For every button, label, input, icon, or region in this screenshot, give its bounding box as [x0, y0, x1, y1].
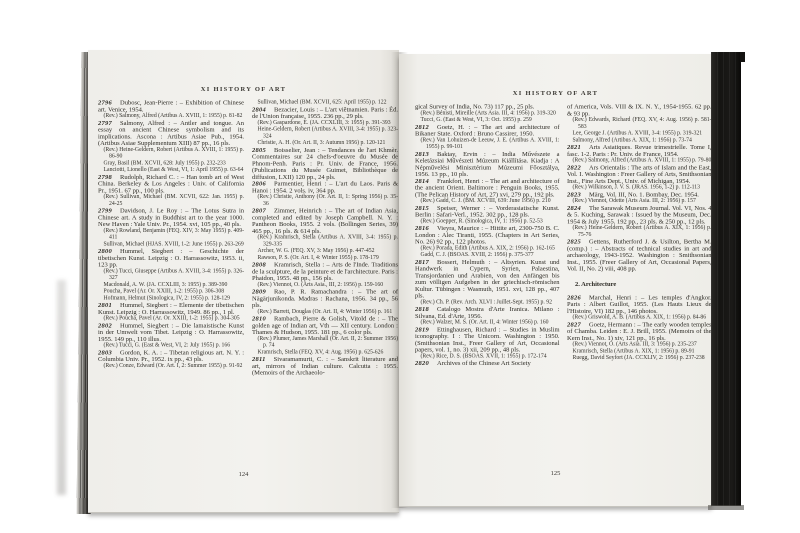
entry-number: 2809	[252, 288, 266, 296]
right-page-column-2: of America, Vols. VIII & IX. N. Y., 1954…	[567, 103, 712, 361]
bib-entry: 2817Bossert, Helmuth : – Altsyrien. Kuns…	[415, 258, 560, 299]
bib-entry: 2798Rudolph, Richard C. : – Han tomb art…	[98, 173, 244, 193]
entry-number: 2806	[252, 180, 266, 188]
entry-number: 2797	[98, 119, 112, 127]
entry-number: 2814	[415, 177, 429, 185]
entry-continuation: of America, Vols. VIII & IX. N. Y., 1954…	[567, 103, 712, 117]
bib-entry: 2807Zimmer, Heinrich : – The art of Indi…	[252, 207, 398, 234]
section-heading: 2. Architecture	[575, 280, 712, 288]
bib-entry: 2815Speiser, Werner : – Vorderasiatische…	[415, 204, 560, 218]
entry-number: 2824	[567, 204, 581, 212]
bib-entry: 2802Hummel, Siegbert : – Die lamaistisch…	[98, 322, 244, 342]
bib-entry: 2808Kramrisch, Stella : – Arts de l'Inde…	[252, 261, 398, 281]
entry-number: 2811	[252, 355, 266, 363]
bib-entry: 2800Hummel, Siegbert : – Geschichte der …	[98, 248, 244, 268]
entry-continuation: gical Survey of India, No. 73) 117 pp., …	[415, 103, 560, 110]
left-page-column-2-frame: Sullivan, Michael (BM. XCVII, 625: April…	[252, 99, 398, 481]
bib-entry: 2799Davidson, J. Le Roy : – The Lotus Su…	[98, 207, 244, 227]
entry-number: 2804	[252, 105, 266, 113]
running-head-right: XI HISTORY OF ART	[399, 54, 712, 97]
bib-review: (Rev.) Kramrisch, Stella (Artibus A. XVI…	[252, 234, 398, 248]
right-page-column-2-frame: of America, Vols. VIII & IX. N. Y., 1954…	[567, 103, 712, 475]
bib-review: Lee, George J. (Artibus A. XVIII, 3-4: 1…	[567, 130, 712, 137]
bib-entry: 2797Salmony, Alfred : – Antler and tongu…	[98, 119, 244, 146]
entry-number: 2805	[252, 146, 266, 154]
entry-number: 2796	[98, 99, 112, 106]
bib-entry: 2813Baktay, Ervin : – India Művészete a …	[415, 150, 560, 177]
bib-entry: 2796Dubosc, Jean-Pierre : – Exhibition o…	[98, 99, 244, 113]
right-page-column-1-frame: gical Survey of India, No. 73) 117 pp., …	[415, 103, 560, 475]
bib-review: (Rev.) Van Lohuizen-de Leeuw, J. E. (Art…	[415, 137, 560, 151]
bib-entry: 2827Goetz, Hermann : – The early wooden …	[567, 321, 712, 341]
book-cover-edge	[711, 52, 741, 506]
bib-entry: 2819Ettinghausen, Richard : – Studies in…	[415, 326, 560, 353]
bib-review: Poucha, Pavel (Ar. Or. XXIII, 1-2: 1955)…	[98, 288, 244, 295]
entry-number: 2818	[415, 305, 429, 313]
running-head-left: XI HISTORY OF ART	[88, 50, 399, 93]
bib-review: (Rev.) Viennot, O. (Arts Asia. III, 3: 1…	[567, 341, 712, 348]
left-page-column-1: 2796Dubosc, Jean-Pierre : – Exhibition o…	[98, 99, 244, 369]
entry-number: 2807	[252, 207, 266, 215]
entry-number: 2813	[415, 150, 429, 158]
left-page-columns: 2796Dubosc, Jean-Pierre : – Exhibition o…	[88, 99, 399, 481]
entry-number: 2817	[415, 258, 429, 266]
bib-review: (Rev.) Christie, Anthony (Or. Art. II, 1…	[252, 194, 398, 208]
entry-number: 2800	[98, 247, 112, 255]
bib-entry: 2825Gettens, Rutherford J. & Usilton, Be…	[567, 238, 712, 272]
entry-number: 2816	[415, 224, 429, 232]
bib-entry: 2820Archives of the Chinese Art Society	[415, 360, 560, 367]
left-page-column-1-frame: 2796Dubosc, Jean-Pierre : – Exhibition o…	[98, 99, 244, 481]
bib-review: Kramrisch, Stella (Artibus A. XIX, 1: 19…	[567, 348, 712, 355]
right-page: XI HISTORY OF ART gical Survey of India,…	[399, 54, 712, 506]
bib-review: (Rev.) Gaspardone, É. (JA. CCXLIII, 3: 1…	[252, 119, 398, 126]
bib-review: (Rev.) Heine-Geldern, Robert (Artibus A.…	[567, 225, 712, 239]
bib-review: (Rev.) Bénisti, Mireille (Arts Asia. III…	[415, 110, 560, 117]
bib-review: (Rev.) Porada, Edith (Artibus A. XIX, 2:…	[415, 245, 560, 252]
entry-number: 2799	[98, 207, 112, 215]
entry-number: 2820	[415, 359, 429, 367]
right-page-columns: gical Survey of India, No. 73) 117 pp., …	[399, 103, 712, 475]
entry-number: 2821	[567, 143, 581, 151]
bib-review: (Rev.) Edwards, Richard (FEQ. XV, 4: Aug…	[567, 117, 712, 131]
bib-entry: 2823Mārg, Vol. III, No. 1. Bombay, Dec. …	[567, 191, 712, 198]
entry-number: 2812	[415, 123, 429, 131]
bib-review: (Rev.) Rowland, Benjamin (FEQ. XIV, 3: M…	[98, 227, 244, 241]
bib-review: Archer, W. G. (FEQ. XV, 3: May 1956) p. …	[252, 248, 398, 255]
entry-number: 2808	[252, 261, 266, 269]
left-page: XI HISTORY OF ART 2796Dubosc, Jean-Pierr…	[88, 50, 399, 512]
bib-review: Macdonald, A. W. (JA. CCXLIII, 3: 1955) …	[98, 281, 244, 288]
bib-entry: 2810Rambach, Pierre & Golish, Vitold de …	[252, 315, 398, 335]
bib-entry: 2801Hummel, Siegbert : – Elemente der ti…	[98, 302, 244, 316]
bib-entry: 2809Rao, P. R. Ramachandra : – The art o…	[252, 288, 398, 308]
scanned-book-page: XI HISTORY OF ART 2796Dubosc, Jean-Pierr…	[0, 0, 800, 533]
bib-entry: 2811Sivaramamurti, C. : – Sanskrit liter…	[252, 356, 398, 376]
scan-smudge	[57, 280, 66, 495]
entry-number: 2827	[567, 320, 581, 328]
bib-review: Ruegg, David Seyfort (JA. CCXLIV, 2: 195…	[567, 355, 712, 362]
entry-number: 2801	[98, 301, 112, 309]
entry-number: 2810	[252, 315, 266, 323]
entry-number: 2825	[567, 238, 581, 246]
bib-entry: 2824The Sarawak Museum Journal. Vol. VI,…	[567, 204, 712, 224]
entry-number: 2826	[567, 293, 581, 301]
bib-entry: 2826Marchal, Henri : – Les temples d'Ang…	[567, 294, 712, 314]
bib-entry: 2805Boisselier, Jean : – Tendances de l'…	[252, 146, 398, 180]
bib-review: (Rev.) Tucci, Giuseppe (Artibus A. XVIII…	[98, 268, 244, 282]
bib-entry: 2822Ars Orientalis : The arts of Islam a…	[567, 164, 712, 184]
bib-entry: 2812Goetz, H. : – The art and architectu…	[415, 123, 560, 137]
entry-number: 2798	[98, 173, 112, 181]
bib-entry: 2803Gordon, K. A. : – Tibetan religious …	[98, 349, 244, 363]
page-number-right: 125	[399, 470, 712, 477]
bib-entry: 2818Catalogo Mostra d'Arte Iranica. Mila…	[415, 306, 560, 320]
right-page-column-1: gical Survey of India, No. 73) 117 pp., …	[415, 103, 560, 366]
bib-review: (Rev.) Heine-Geldern, Robert (Artibus A.…	[98, 146, 244, 160]
entry-number: 2803	[98, 348, 112, 356]
bib-review: Gray, Basil (BM. XCVII, 628: July 1955) …	[98, 160, 244, 167]
bib-entry: 2806Parmentier, Henri : – L'art du Laos.…	[252, 180, 398, 194]
bib-entry: 2814Frankfort, Henri : – The art and arc…	[415, 177, 560, 197]
bib-entry: 2804Bezacier, Louis : – L'art viêtnamien…	[252, 106, 398, 120]
bib-entry: 2816Vieyra, Maurice : – Hittite art, 230…	[415, 225, 560, 245]
entry-number: 2822	[567, 163, 581, 171]
page-number-left: 124	[88, 471, 399, 478]
entry-number: 2819	[415, 325, 429, 333]
bib-entry: 2821Arts Asiatiques. Revue trimestrielle…	[567, 144, 712, 158]
left-page-column-2: Sullivan, Michael (BM. XCVII, 625: April…	[252, 99, 398, 376]
bib-review: (Rev.) Conze, Edward (Or. Art. I, 2: Sum…	[98, 362, 244, 369]
entry-number: 2815	[415, 204, 429, 212]
bib-review: (Rev.) Sullivan, Michael (BM. XCVII, 622…	[98, 194, 244, 208]
bib-review: Heine-Geldern, Robert (Artibus A. XVIII,…	[252, 126, 398, 140]
entry-number: 2802	[98, 321, 112, 329]
bib-review: (Rev.) Plumer, James Marshall (Or. Art. …	[252, 335, 398, 349]
